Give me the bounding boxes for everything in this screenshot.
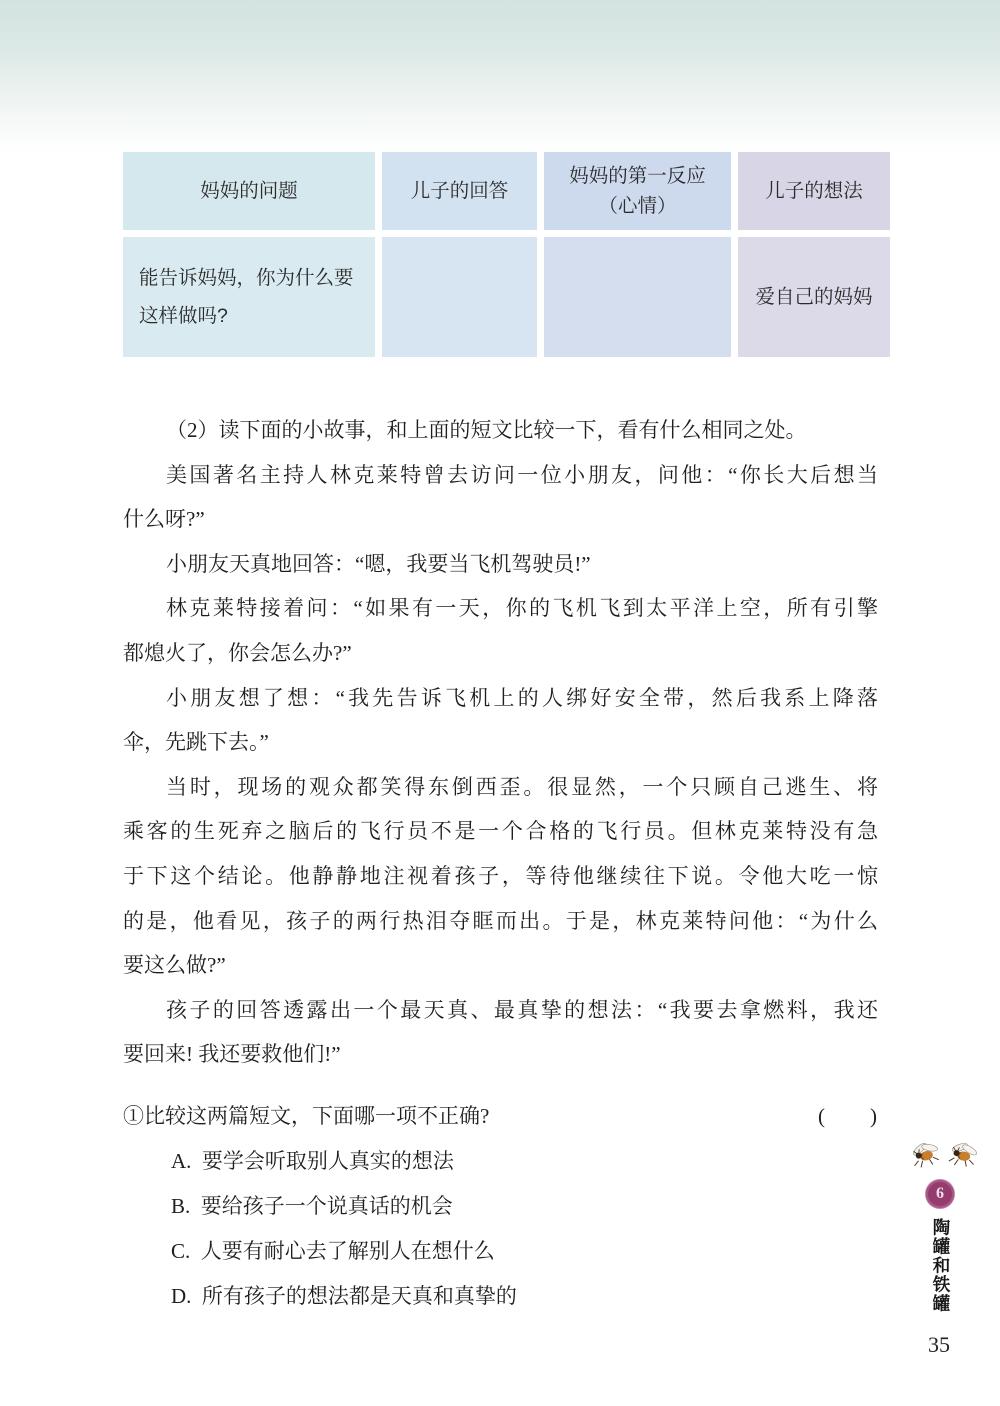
option-line: B. 要给孩子一个说真话的机会 [123,1184,878,1229]
question-stem: ①比较这两篇短文，下面哪一项不正确? [123,1094,489,1139]
lesson-title-vertical: 陶罐和铁罐 [929,1218,954,1318]
story-text-line: 伞，先跳下去。” [123,720,878,765]
table-cell-son-answer-blank [382,237,537,357]
option-line: A. 要学会听取别人真实的想法 [123,1139,878,1184]
page-number: 35 [928,1332,1000,1358]
question-options: A. 要学会听取别人真实的想法B. 要给孩子一个说真话的机会C. 人要有耐心去了… [123,1139,878,1319]
story-text-line: 什么呀?” [123,497,878,542]
bee-icon [944,1138,982,1170]
answer-bracket: ( ) [818,1094,878,1139]
story-text-line: 的是，他看见，孩子的两行热泪夺眶而出。于是，林克莱特问他：“为什么 [123,899,878,944]
story-text-line: 乘客的生死弃之脑后的飞行员不是一个合格的飞行员。但林克莱特没有急 [123,809,878,854]
margin-column: 6 陶罐和铁罐 35 [900,1138,990,1358]
story-text-line: 小朋友想了想：“我先告诉飞机上的人绑好安全带，然后我系上降落 [123,676,878,721]
table-header-mother-reaction: 妈妈的第一反应 （心情） [544,152,731,230]
question-block: ①比较这两篇短文，下面哪一项不正确? ( ) A. 要学会听取别人真实的想法B.… [123,1094,878,1319]
table-header-mother-question: 妈妈的问题 [123,152,375,230]
insect-illustrations [900,1138,990,1178]
table-header-son-answer: 儿子的回答 [382,152,537,230]
table-cell-mother-reaction-blank [544,237,731,357]
option-line: C. 人要有耐心去了解别人在想什么 [123,1229,878,1274]
page-top-gradient [0,0,1000,152]
lesson-number: 6 [936,1185,944,1203]
table-cell-son-thought: 爱自己的妈妈 [738,237,890,357]
story-text-line: 美国著名主持人林克莱特曾去访问一位小朋友，问他：“你长大后想当 [123,453,878,498]
lesson-number-badge: 6 [926,1180,954,1208]
story-text-line: 林克莱特接着问：“如果有一天，你的飞机飞到太平洋上空，所有引擎 [123,586,878,631]
textbook-page: 妈妈的问题 儿子的回答 妈妈的第一反应 （心情） 儿子的想法 能告诉妈妈，你为什… [0,0,1000,1406]
option-line: D. 所有孩子的想法都是天真和真挚的 [123,1274,878,1319]
table-header-son-thought: 儿子的想法 [738,152,890,230]
story-text-line: 要这么做?” [123,943,878,988]
question-stem-row: ①比较这两篇短文，下面哪一项不正确? ( ) [123,1094,878,1139]
story-text: （2）读下面的小故事，和上面的短文比较一下，看有什么相同之处。美国著名主持人林克… [123,408,878,1077]
bee-icon [905,1136,945,1171]
story-text-line: 于下这个结论。他静静地注视着孩子，等待他继续往下说。令他大吃一惊 [123,854,878,899]
story-text-line: 孩子的回答透露出一个最天真、最真挚的想法：“我要去拿燃料，我还 [123,988,878,1033]
story-text-line: 都熄火了，你会怎么办?” [123,631,878,676]
worksheet-table: 妈妈的问题 儿子的回答 妈妈的第一反应 （心情） 儿子的想法 能告诉妈妈，你为什… [123,152,890,357]
story-text-line: 当时，现场的观众都笑得东倒西歪。很显然，一个只顾自己逃生、将 [123,765,878,810]
story-text-line: （2）读下面的小故事，和上面的短文比较一下，看有什么相同之处。 [123,408,878,453]
story-text-line: 小朋友天真地回答：“嗯，我要当飞机驾驶员!” [123,542,878,587]
table-cell-mother-question: 能告诉妈妈，你为什么要这样做吗? [123,237,375,357]
story-text-line: 要回来! 我还要救他们!” [123,1032,878,1077]
